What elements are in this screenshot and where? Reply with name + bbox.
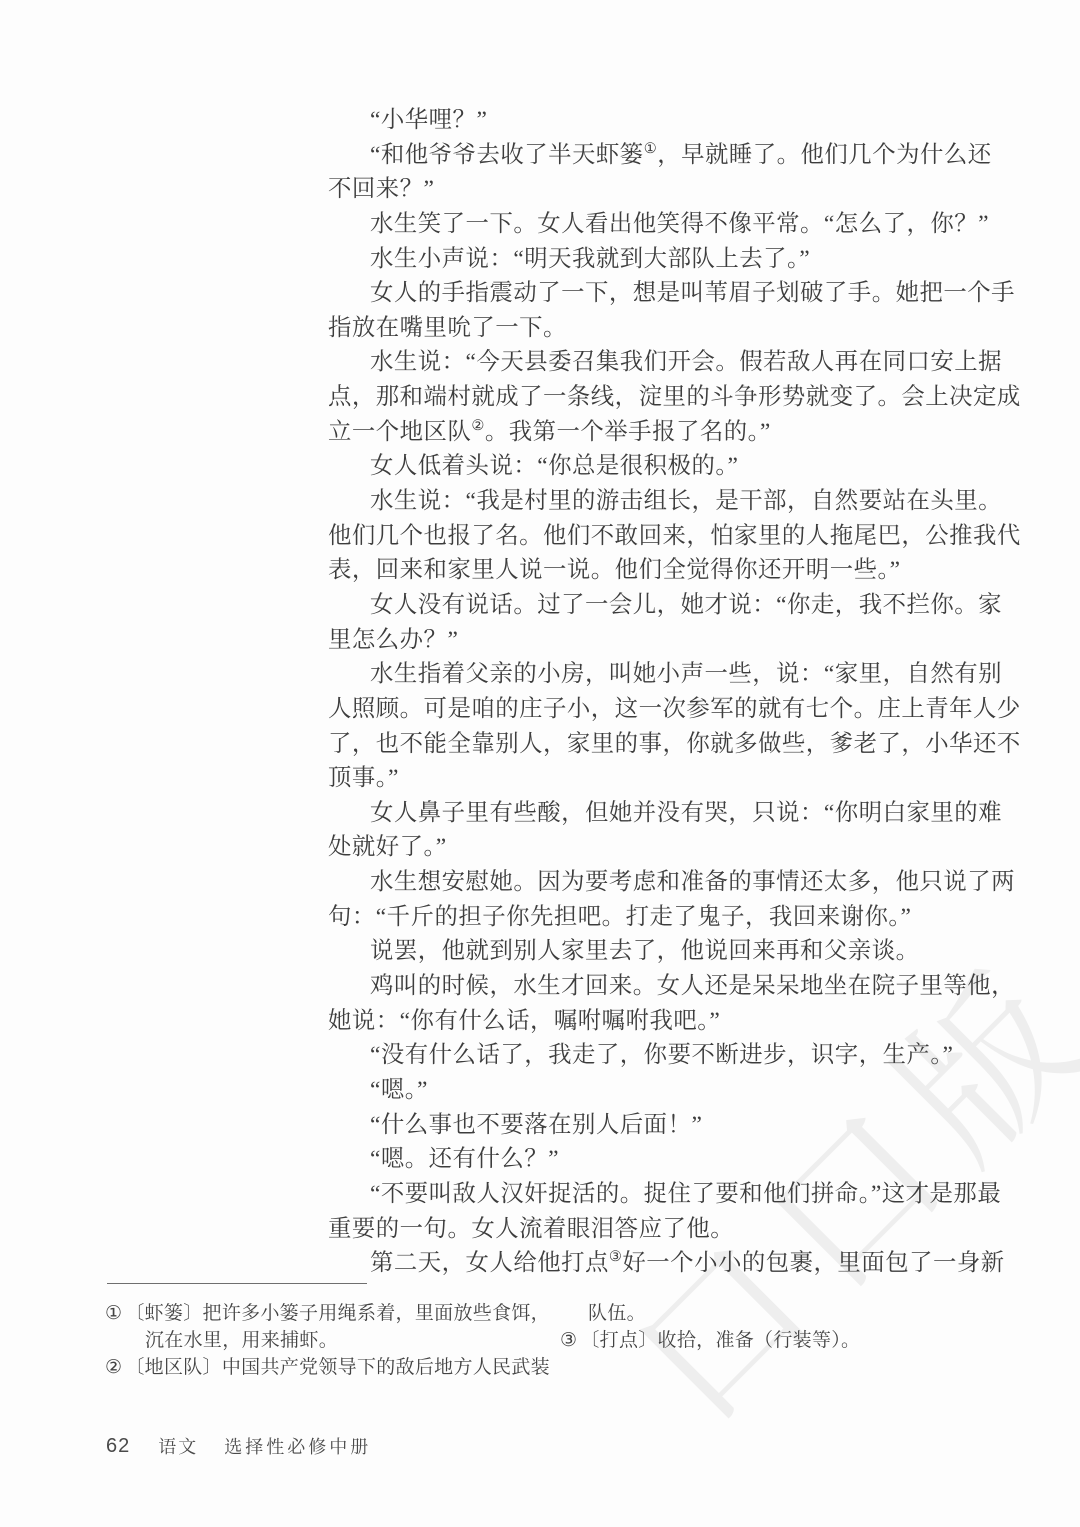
- footnotes-left-column: ①〔虾篓〕把许多小篓子用绳系着，里面放些食饵， 沉在水里，用来捕虾。 ②〔地区队…: [105, 1300, 535, 1381]
- text-line: 里怎么办？”: [328, 623, 988, 658]
- text-line: “没有什么话了，我走了，你要不断进步，识字，生产。”: [328, 1038, 988, 1073]
- text-line: 他们几个也报了名。他们不敢回来，怕家里的人拖尾巴，公推我代: [328, 519, 988, 554]
- footnote-text: 〔地区队〕中国共产党领导下的敌后地方人民武装: [125, 1357, 550, 1378]
- text-line: 处就好了。”: [328, 830, 988, 865]
- text-line: 不回来？”: [328, 172, 988, 207]
- text-line: 人照顾。可是咱的庄子小，这一次参军的就有七个。庄上青年人少: [328, 692, 988, 727]
- page-number: 62: [106, 1435, 130, 1458]
- footnote-item: 沉在水里，用来捕虾。: [105, 1327, 535, 1354]
- footnote-item: 队伍。: [560, 1300, 900, 1327]
- text-line: 水生小声说：“明天我就到大部队上去了。”: [328, 242, 988, 277]
- footnotes-right-column: 队伍。 ③〔打点〕收拾，准备（行装等）。: [560, 1300, 900, 1354]
- text-line: 水生说：“今天县委召集我们开会。假若敌人再在同口安上据: [328, 345, 988, 380]
- footnote-marker: ①: [105, 1303, 122, 1324]
- text-line: 立一个地区队②。我第一个举手报了名的。”: [328, 415, 988, 450]
- text-line: “嗯。”: [328, 1073, 988, 1108]
- footnote-text: 〔虾篓〕把许多小篓子用绳系着，里面放些食饵，: [125, 1303, 550, 1324]
- footnote-marker: ②: [105, 1357, 122, 1378]
- footnote-divider: [107, 1283, 367, 1284]
- text-line: 第二天，女人给他打点③好一个小小的包裹，里面包了一身新: [328, 1246, 988, 1281]
- text-line: 说罢，他就到别人家里去了，他说回来再和父亲谈。: [328, 934, 988, 969]
- text-line: “和他爷爷去收了半天虾篓①，早就睡了。他们几个为什么还: [328, 138, 988, 173]
- footnote-marker: ③: [560, 1330, 577, 1351]
- text-line: 句：“千斤的担子你先担吧。打走了鬼子，我回来谢你。”: [328, 900, 988, 935]
- text-line: “不要叫敌人汉奸捉活的。捉住了要和他们拼命。”这才是那最: [328, 1177, 988, 1212]
- text-line: “小华哩？”: [328, 103, 988, 138]
- textbook-page: 口口版 “小华哩？” “和他爷爷去收了半天虾篓①，早就睡了。他们几个为什么还 不…: [0, 0, 1080, 1527]
- text-line: “嗯。还有什么？”: [328, 1142, 988, 1177]
- text-line: 顶事。”: [328, 761, 988, 796]
- text-line: 点，那和端村就成了一条线，淀里的斗争形势就变了。会上决定成: [328, 380, 988, 415]
- body-text: “小华哩？” “和他爷爷去收了半天虾篓①，早就睡了。他们几个为什么还 不回来？”…: [328, 103, 988, 1281]
- text-line: 她说：“你有什么话，嘱咐嘱咐我吧。”: [328, 1004, 988, 1039]
- text-line: 表，回来和家里人说一说。他们全觉得你还开明一些。”: [328, 553, 988, 588]
- footnote-item: ①〔虾篓〕把许多小篓子用绳系着，里面放些食饵，: [105, 1300, 535, 1327]
- text-line: 水生想安慰她。因为要考虑和准备的事情还太多，他只说了两: [328, 865, 988, 900]
- text-line: 鸡叫的时候，水生才回来。女人还是呆呆地坐在院子里等他，: [328, 969, 988, 1004]
- text-line: 指放在嘴里吮了一下。: [328, 311, 988, 346]
- footnote-text: 〔打点〕收拾，准备（行装等）。: [580, 1330, 860, 1351]
- text-line: 女人没有说话。过了一会儿，她才说：“你走，我不拦你。家: [328, 588, 988, 623]
- text-line: 水生说：“我是村里的游击组长，是干部，自然要站在头里。: [328, 484, 988, 519]
- footnote-item: ②〔地区队〕中国共产党领导下的敌后地方人民武装: [105, 1354, 535, 1381]
- volume-label: 选择性必修中册: [224, 1433, 371, 1459]
- footnote-text: 沉在水里，用来捕虾。: [145, 1330, 338, 1351]
- page-footer: 62 语文 选择性必修中册: [106, 1434, 371, 1458]
- footnote-text: 队伍。: [588, 1303, 646, 1324]
- text-line: “什么事也不要落在别人后面！”: [328, 1108, 988, 1143]
- subject-label: 语文: [158, 1433, 198, 1459]
- text-line: 水生笑了一下。女人看出他笑得不像平常。“怎么了，你？”: [328, 207, 988, 242]
- footnote-item: ③〔打点〕收拾，准备（行装等）。: [560, 1327, 900, 1354]
- text-line: 女人的手指震动了一下，想是叫苇眉子划破了手。她把一个手: [328, 276, 988, 311]
- text-line: 了，也不能全靠别人，家里的事，你就多做些，爹老了，小华还不: [328, 727, 988, 762]
- text-line: 女人鼻子里有些酸，但她并没有哭，只说：“你明白家里的难: [328, 796, 988, 831]
- text-line: 女人低着头说：“你总是很积极的。”: [328, 449, 988, 484]
- text-line: 重要的一句。女人流着眼泪答应了他。: [328, 1212, 988, 1247]
- text-line: 水生指着父亲的小房，叫她小声一些，说：“家里，自然有别: [328, 657, 988, 692]
